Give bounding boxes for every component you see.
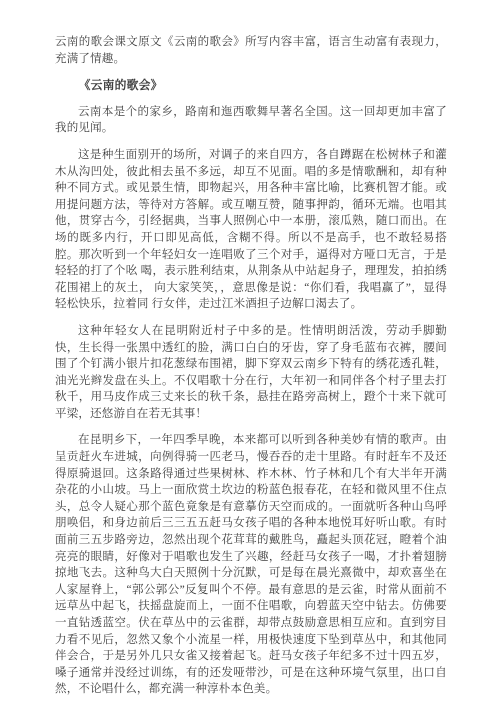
intro-paragraph: 云南的歌会课文原文《云南的歌会》所写内容丰富，语言生动富有表现力，充满了情趣。	[55, 34, 447, 67]
document-page: 云南的歌会课文原文《云南的歌会》所写内容丰富，语言生动富有表现力，充满了情趣。 …	[0, 0, 500, 714]
paragraph-young-women: 这种年轻女人在昆明附近村子中多的是。性情明朗活泼，劳动手脚勤快，生长得一张黑中透…	[55, 323, 447, 423]
paragraph-countryside-songs: 在昆明乡下，一年四季早晚，本来都可以听到各种美妙有情的歌声。由呈贡赶火车进城，向…	[55, 432, 447, 698]
document-title: 《云南的歌会》	[55, 77, 447, 94]
paragraph-duet-singing: 这是种生面别开的场所，对调子的来自四方，各自蹲踞在松树林子和灌木从沟凹处，彼此相…	[55, 147, 447, 313]
paragraph-yunnan-hometown: 云南本是个的家乡，路南和迤西歌舞早著名全国。这一回却更加丰富了我的见闻。	[55, 104, 447, 137]
